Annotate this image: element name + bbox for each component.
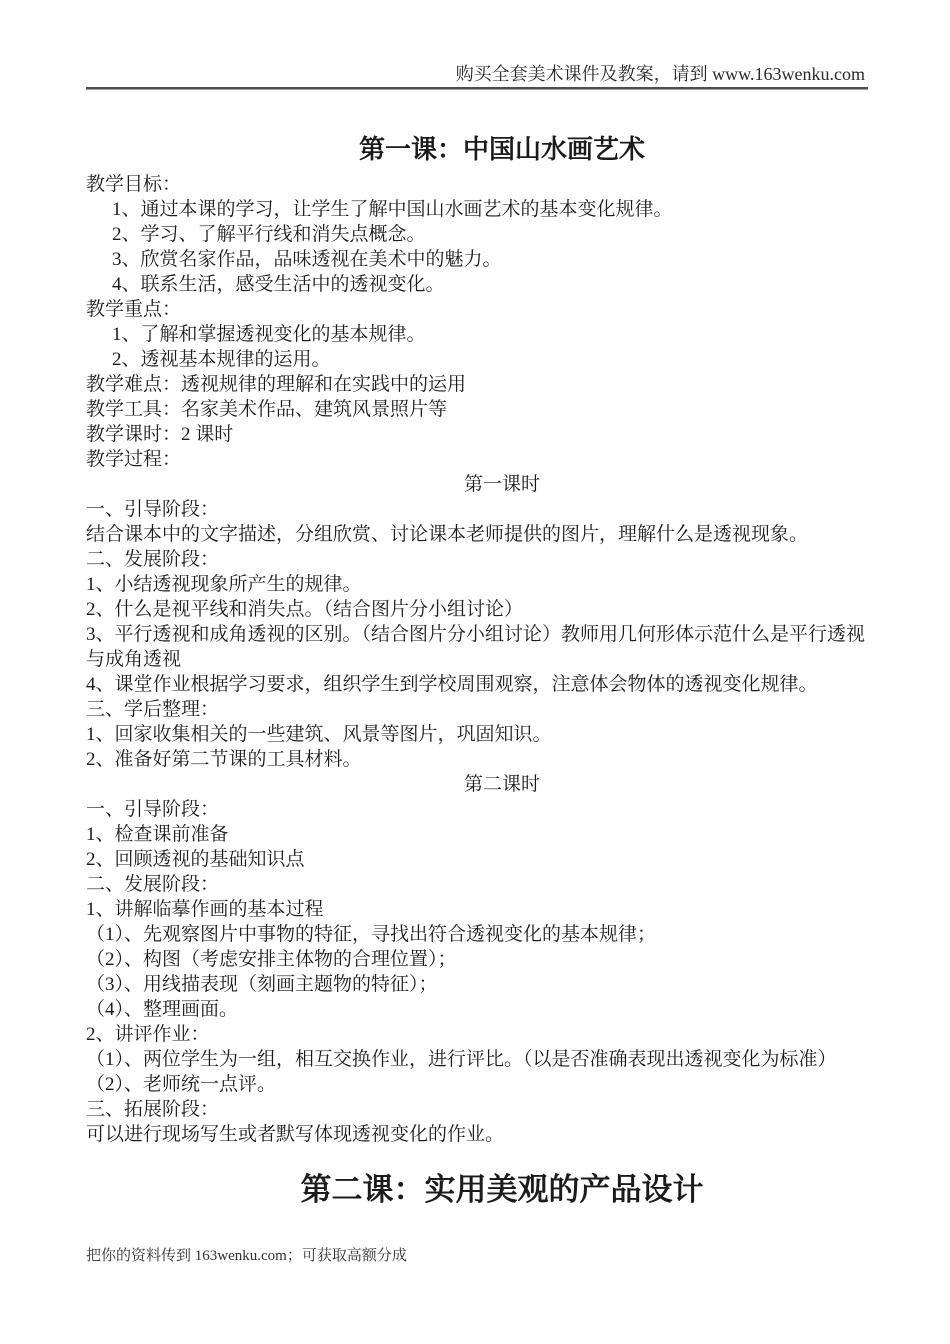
text-line: （1）、两位学生为一组，相互交换作业，进行评比。（以是否准确表现出透视变化为标准… [86, 1047, 918, 1072]
text-line: 二、发展阶段： [86, 872, 918, 897]
text-line: 2、讲评作业： [86, 1022, 918, 1047]
text-line: 教学课时：2 课时 [86, 422, 918, 447]
document-page: 购买全套美术课件及教案，请到 www.163wenku.com 第一课：中国山水… [0, 0, 950, 1344]
text-line: 二、发展阶段： [86, 547, 918, 572]
text-line: 4、联系生活，感受生活中的透视变化。 [86, 272, 918, 297]
text-line: 三、学后整理： [86, 697, 918, 722]
text-line: 一、引导阶段： [86, 497, 918, 522]
text-line: 1、小结透视现象所产生的规律。 [86, 572, 918, 597]
text-line: 1、检查课前准备 [86, 822, 918, 847]
header-divider [86, 87, 868, 90]
text-line: 第一课时 [86, 472, 918, 497]
text-line: （3）、用线描表现（刻画主题物的特征）； [86, 972, 918, 997]
text-line: 1、了解和掌握透视变化的基本规律。 [86, 322, 918, 347]
lesson1-title: 第一课：中国山水画艺术 [86, 128, 918, 172]
text-line: 2、什么是视平线和消失点。（结合图片分小组讨论） [86, 597, 918, 622]
text-line: 结合课本中的文字描述，分组欣赏、讨论课本老师提供的图片，理解什么是透视现象。 [86, 522, 918, 547]
text-line: 三、拓展阶段： [86, 1097, 918, 1122]
text-line: 教学重点： [86, 297, 918, 322]
text-line: 3、平行透视和成角透视的区别。（结合图片分小组讨论）教师用几何形体示范什么是平行… [86, 622, 918, 647]
text-line: 教学目标： [86, 172, 918, 197]
text-line: 2、学习、了解平行线和消失点概念。 [86, 222, 918, 247]
text-line: 可以进行现场写生或者默写体现透视变化的作业。 [86, 1122, 918, 1147]
text-line: 教学过程： [86, 447, 918, 472]
lesson2-title: 第二课：实用美观的产品设计 [86, 1167, 918, 1213]
text-line: 3、欣赏名家作品，品味透视在美术中的魅力。 [86, 247, 918, 272]
text-line: 教学难点：透视规律的理解和在实践中的运用 [86, 372, 918, 397]
header-promo-text: 购买全套美术课件及教案，请到 www.163wenku.com [456, 63, 865, 85]
text-line: （2）、老师统一点评。 [86, 1072, 918, 1097]
text-line: 2、回顾透视的基础知识点 [86, 847, 918, 872]
document-content: 第一课：中国山水画艺术 教学目标：1、通过本课的学习，让学生了解中国山水画艺术的… [86, 128, 918, 1213]
text-line: （1）、先观察图片中事物的特征，寻找出符合透视变化的基本规律； [86, 922, 918, 947]
text-line: 与成角透视 [86, 647, 918, 672]
text-line: 2、准备好第二节课的工具材料。 [86, 747, 918, 772]
text-line: 第二课时 [86, 772, 918, 797]
text-line: 1、通过本课的学习，让学生了解中国山水画艺术的基本变化规律。 [86, 197, 918, 222]
text-line: 教学工具：名家美术作品、建筑风景照片等 [86, 397, 918, 422]
footer-note-text: 把你的资料传到 163wenku.com；可获取高额分成 [86, 1244, 407, 1268]
text-line: （4）、整理画面。 [86, 997, 918, 1022]
text-line: （2）、构图（考虑安排主体物的合理位置）； [86, 947, 918, 972]
text-line: 4、课堂作业根据学习要求，组织学生到学校周围观察，注意体会物体的透视变化规律。 [86, 672, 918, 697]
text-line: 2、透视基本规律的运用。 [86, 347, 918, 372]
body-lines: 教学目标：1、通过本课的学习，让学生了解中国山水画艺术的基本变化规律。2、学习、… [86, 172, 918, 1147]
text-line: 一、引导阶段： [86, 797, 918, 822]
text-line: 1、讲解临摹作画的基本过程 [86, 897, 918, 922]
text-line: 1、回家收集相关的一些建筑、风景等图片，巩固知识。 [86, 722, 918, 747]
